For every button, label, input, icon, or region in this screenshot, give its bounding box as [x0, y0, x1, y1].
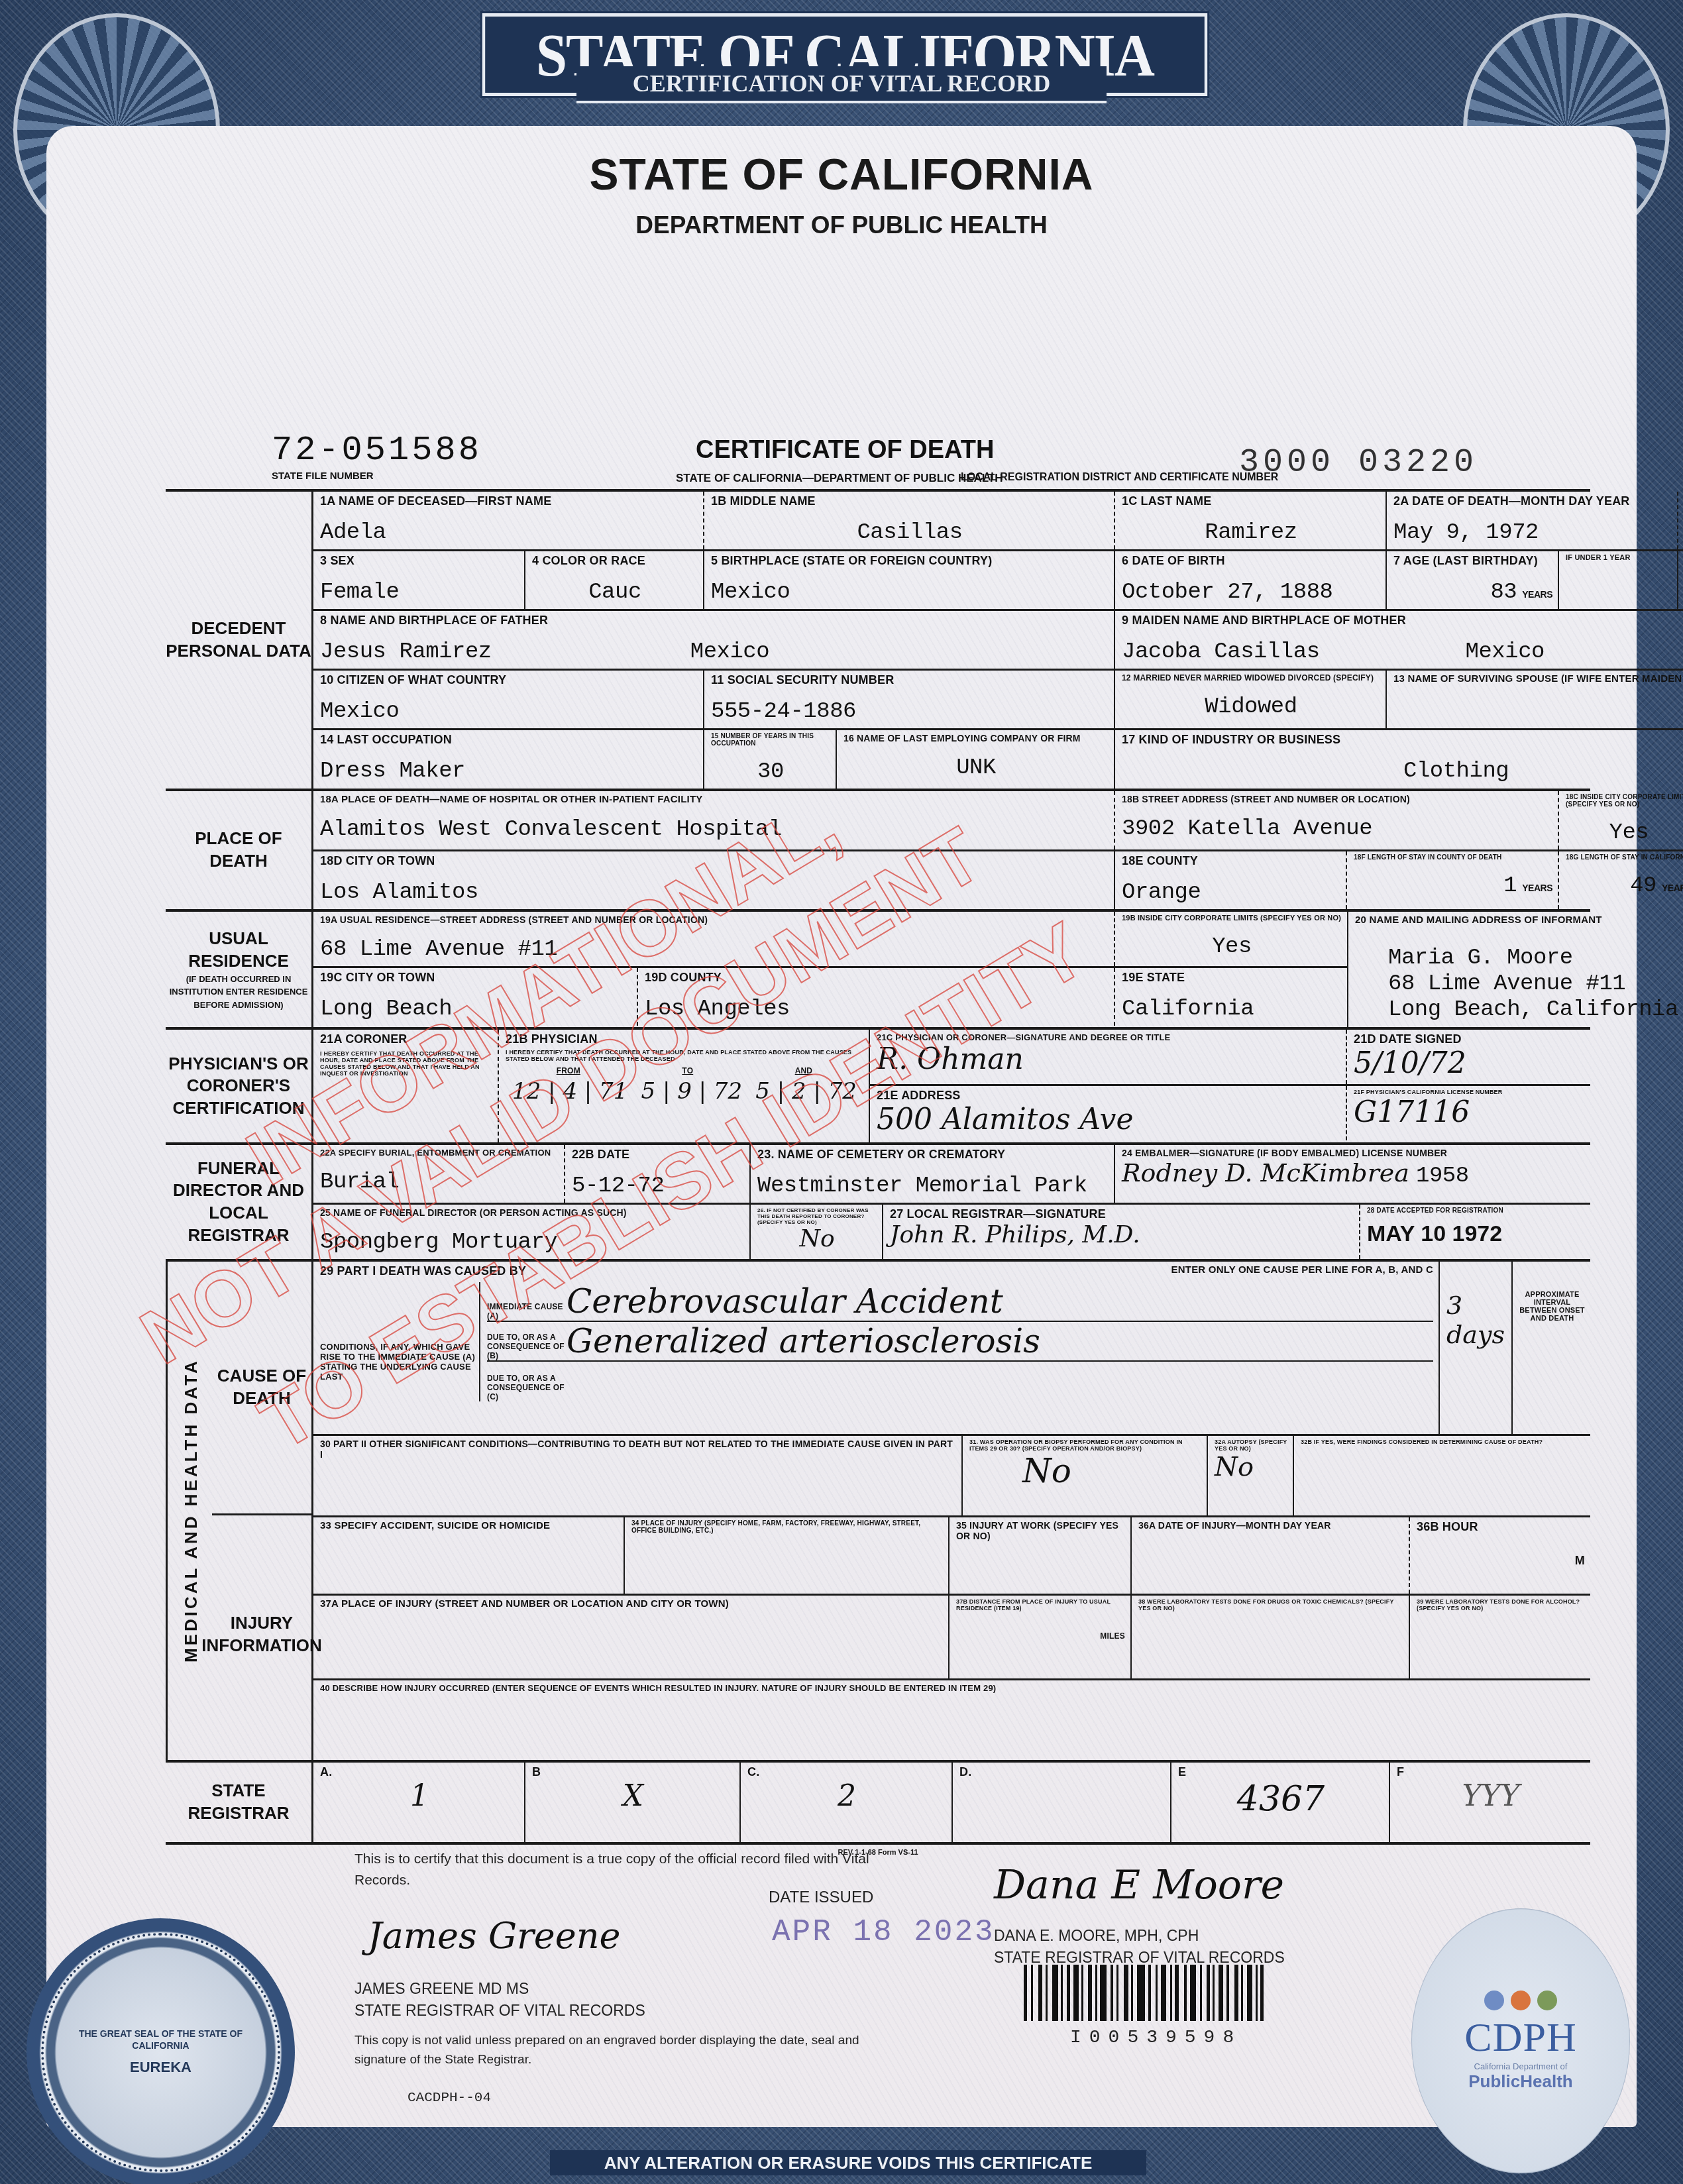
mother-name: Jacoba Casillas: [1122, 639, 1320, 665]
immediate-cause: Cerebrovascular Accident: [567, 1282, 1003, 1321]
interval-onset-death: 3 days: [1446, 1291, 1506, 1349]
field-19a: 19A USUAL RESIDENCE—STREET ADDRESS (STRE…: [313, 912, 1115, 966]
age: 83: [1490, 580, 1517, 605]
field-21c: 21C PHYSICIAN OR CORONER—SIGNATURE AND D…: [870, 1030, 1347, 1084]
place-of-death-street: 3902 Katella Avenue: [1122, 816, 1552, 842]
field-32b: 32B IF YES, WERE FINDINGS CONSIDERED IN …: [1294, 1436, 1590, 1515]
field-19e: 19E STATE California: [1115, 968, 1347, 1026]
field-22a: 22A SPECIFY BURIAL, ENTOMBMENT OR CREMAT…: [313, 1145, 565, 1203]
birthplace: Mexico: [711, 580, 1109, 605]
place-of-death-city: Los Alamitos: [320, 880, 1109, 905]
disposition-date: 5-12-72: [572, 1174, 744, 1199]
field-29-interval: 3 days: [1440, 1262, 1513, 1434]
field-1b: 1B MIDDLE NAME Casillas: [704, 492, 1115, 549]
local-registrar-signature: John R. Philips, M.D.: [890, 1221, 1354, 1248]
bottom-banner: ANY ALTERATION OR ERASURE VOIDS THIS CER…: [550, 2150, 1146, 2175]
physician-address: 500 Alamitos Ave: [877, 1103, 1340, 1136]
logo-figure-orange-icon: [1511, 1991, 1531, 2010]
section-label-funeral: FUNERAL DIRECTOR AND LOCAL REGISTRAR: [166, 1145, 313, 1259]
local-registration-label: LOCAL REGISTRATION DISTRICT AND CERTIFIC…: [961, 472, 1278, 484]
informant-city: Long Beach, California: [1388, 997, 1678, 1023]
years-in-occupation: 30: [711, 759, 830, 785]
section-label-certification: PHYSICIAN'S OR CORONER'S CERTIFICATION: [166, 1030, 313, 1142]
registrar-1-title: STATE REGISTRAR OF VITAL RECORDS: [354, 2000, 645, 2022]
last-occupation: Dress Maker: [320, 759, 698, 784]
field-17: 17 KIND OF INDUSTRY OR BUSINESS Clothing: [1115, 730, 1683, 789]
field-12: 12 MARRIED NEVER MARRIED WIDOWED DIVORCE…: [1115, 671, 1387, 728]
field-29-interval-label: APPROXIMATE INTERVAL BETWEEN ONSET AND D…: [1513, 1262, 1590, 1434]
certificate-title: CERTIFICATE OF DEATH: [696, 436, 994, 464]
field-1a: 1A NAME OF DECEASED—FIRST NAME Adela: [313, 492, 704, 549]
field-8: 8 NAME AND BIRTHPLACE OF FATHER Jesus Ra…: [313, 611, 1115, 669]
field-7: 7 AGE (LAST BIRTHDAY) 83YEARS: [1387, 551, 1559, 609]
residence-inside-city: Yes: [1122, 934, 1342, 959]
field-37b: 37B DISTANCE FROM PLACE OF INJURY TO USU…: [950, 1596, 1132, 1678]
field-34: 34 PLACE OF INJURY (SPECIFY HOME, FARM, …: [625, 1517, 950, 1594]
field-21a: 21A CORONER I HEREBY CERTIFY THAT DEATH …: [313, 1030, 499, 1142]
state-file-number: 72-051588: [272, 431, 482, 470]
inside-city-limits: Yes: [1566, 820, 1683, 846]
residence-state: California: [1122, 997, 1342, 1022]
last-seen: 5 | 2 | 72: [755, 1078, 857, 1105]
race: Cauc: [532, 580, 698, 605]
section-label-place-of-death: PLACE OF DEATH: [166, 791, 313, 909]
autopsy: No: [1215, 1452, 1287, 1482]
first-name: Adela: [320, 520, 698, 545]
informant-street: 68 Lime Avenue #11: [1388, 971, 1678, 997]
form-grid: DECEDENT PERSONAL DATA 1A NAME OF DECEAS…: [166, 489, 1590, 1857]
registrar-2-signature: Dana E Moore: [994, 1862, 1284, 1908]
field-10: 10 CITIZEN OF WHAT COUNTRY Mexico: [313, 671, 704, 728]
border-banner-subtitle: CERTIFICATION OF VITAL RECORD: [576, 66, 1107, 103]
field-18d: 18D CITY OR TOWN Los Alamitos: [313, 851, 1115, 909]
section-label-injury: INJURY INFORMATION: [212, 1515, 311, 1754]
field-33: 33 SPECIFY ACCIDENT, SUICIDE OR HOMICIDE: [313, 1517, 625, 1594]
registrar-box-f: F YYY: [1390, 1763, 1590, 1842]
residence-county: Los Angeles: [645, 997, 1109, 1022]
field-18g: 18G LENGTH OF STAY IN CALIFORNIA 49YEARS: [1559, 851, 1683, 909]
field-19d: 19D COUNTY Los Angeles: [638, 968, 1115, 1026]
certificate-subtitle: STATE OF CALIFORNIA—DEPARTMENT OF PUBLIC…: [676, 472, 1003, 485]
registrar-box-b: B X: [525, 1763, 741, 1842]
field-18a: 18A PLACE OF DEATH—NAME OF HOSPITAL OR O…: [313, 791, 1115, 849]
field-9: 9 MAIDEN NAME AND BIRTHPLACE OF MOTHER J…: [1115, 611, 1683, 669]
section-label-cause: CAUSE OF DEATH: [212, 1262, 311, 1515]
field-16: 16 NAME OF LAST EMPLOYING COMPANY OR FIR…: [837, 730, 1115, 789]
field-18f: 18F LENGTH OF STAY IN COUNTY OF DEATH 1Y…: [1347, 851, 1559, 909]
barcode-number: I00539598: [1070, 2028, 1242, 2048]
section-state-registrar: STATE REGISTRAR A. 1 B X C. 2 D.: [166, 1760, 1590, 1845]
cemetery: Westminster Memorial Park: [757, 1174, 1109, 1199]
registrar-box-e: E 4367: [1171, 1763, 1390, 1842]
underlying-cause: Generalized arteriosclerosis: [567, 1322, 1040, 1360]
industry: Clothing: [1122, 759, 1683, 784]
field-37a: 37A PLACE OF INJURY (STREET AND NUMBER O…: [313, 1596, 950, 1678]
registrar-1-name: JAMES GREENE MD MS: [354, 1978, 645, 2000]
citizenship: Mexico: [320, 699, 698, 724]
informant-name: Maria G. Moore: [1388, 946, 1678, 971]
middle-name: Casillas: [711, 520, 1109, 545]
father-name: Jesus Ramirez: [320, 639, 492, 665]
date-issued-stamp: APR 18 2023: [772, 1915, 995, 1949]
field-13: 13 NAME OF SURVIVING SPOUSE (IF WIFE ENT…: [1387, 671, 1683, 728]
residence-city: Long Beach: [320, 997, 631, 1022]
field-21e: 21E ADDRESS 500 Alamitos Ave: [870, 1086, 1347, 1140]
field-18e: 18E COUNTY Orange: [1115, 851, 1347, 909]
great-seal-of-california: THE GREAT SEAL OF THE STATE OF CALIFORNI…: [27, 1918, 295, 2184]
registrar-2-block: DANA E. MOORE, MPH, CPH STATE REGISTRAR …: [994, 1925, 1285, 1969]
place-of-death-facility: Alamitos West Convalescent Hospital: [320, 817, 1109, 842]
last-employer: UNK: [843, 755, 1109, 781]
field-5: 5 BIRTHPLACE (STATE OR FOREIGN COUNTRY) …: [704, 551, 1115, 609]
attended-to: 5 | 9 | 72: [641, 1078, 742, 1105]
cdph-logo: CDPH California Department of PublicHeal…: [1411, 1908, 1630, 2173]
embalmer-signature: Rodney D. McKimbrea: [1122, 1158, 1409, 1187]
residence-street: 68 Lime Avenue #11: [320, 937, 1109, 962]
field-21f: 21F PHYSICIAN'S CALIFORNIA LICENSE NUMBE…: [1347, 1086, 1590, 1140]
section-funeral: FUNERAL DIRECTOR AND LOCAL REGISTRAR 22A…: [166, 1142, 1590, 1259]
field-4: 4 COLOR OR RACE Cauc: [525, 551, 704, 609]
logo-figure-green-icon: [1537, 1991, 1557, 2010]
registrar-1-signature: James Greene: [368, 1915, 620, 1957]
embalmer-license: 1958: [1416, 1164, 1469, 1189]
section-certification: PHYSICIAN'S OR CORONER'S CERTIFICATION 2…: [166, 1027, 1590, 1142]
reported-to-coroner: No: [757, 1225, 877, 1252]
field-39: 39 WERE LABORATORY TESTS DONE FOR ALCOHO…: [1410, 1596, 1590, 1678]
field-19c: 19C CITY OR TOWN Long Beach: [313, 968, 638, 1026]
date-accepted-stamp: MAY 10 1972: [1367, 1221, 1585, 1247]
header-department: DEPARTMENT OF PUBLIC HEALTH: [0, 211, 1683, 239]
field-6: 6 DATE OF BIRTH October 27, 1888: [1115, 551, 1387, 609]
registrar-2-name: DANA E. MOORE, MPH, CPH: [994, 1925, 1285, 1947]
place-of-death-county: Orange: [1122, 880, 1340, 905]
field-18b: 18B STREET ADDRESS (STREET AND NUMBER OR…: [1115, 791, 1559, 849]
validity-notice: This copy is not valid unless prepared o…: [354, 2031, 904, 2070]
operation-biopsy: No: [969, 1452, 1201, 1490]
logo-figure-blue-icon: [1484, 1991, 1504, 2010]
last-name: Ramirez: [1122, 520, 1380, 545]
field-7-under-24: IF UNDER 24 HOURS: [1678, 551, 1683, 609]
disposition: Burial: [320, 1170, 559, 1195]
barcode: [1024, 1965, 1329, 2021]
section-label-state-registrar: STATE REGISTRAR: [166, 1763, 313, 1842]
section-label-decedent: DECEDENT PERSONAL DATA: [166, 492, 313, 789]
sex: Female: [320, 580, 519, 605]
physician-signature: R. Ohman: [877, 1042, 1340, 1076]
mother-birthplace: Mexico: [1466, 639, 1545, 665]
field-3: 3 SEX Female: [313, 551, 525, 609]
state-file-number-label: STATE FILE NUMBER: [272, 470, 374, 482]
field-2b: 2B HOUR 1:30 A.M: [1678, 492, 1683, 549]
field-11: 11 SOCIAL SECURITY NUMBER 555-24-1886: [704, 671, 1115, 728]
field-23: 23. NAME OF CEMETERY OR CREMATORY Westmi…: [751, 1145, 1115, 1203]
field-27: 27 LOCAL REGISTRAR—SIGNATURE John R. Phi…: [883, 1205, 1360, 1259]
field-2a: 2A DATE OF DEATH—MONTH DAY YEAR May 9, 1…: [1387, 492, 1678, 549]
marital-status: Widowed: [1122, 694, 1380, 720]
field-40: 40 DESCRIBE HOW INJURY OCCURRED (ENTER S…: [313, 1680, 1590, 1760]
registrar-box-c: C. 2: [741, 1763, 953, 1842]
social-security-number: 555-24-1886: [711, 699, 1109, 724]
field-1c: 1C LAST NAME Ramirez: [1115, 492, 1387, 549]
field-21d: 21D DATE SIGNED 5/10/72: [1347, 1030, 1590, 1084]
father-birthplace: Mexico: [690, 639, 769, 665]
date-issued-label: DATE ISSUED: [769, 1888, 873, 1907]
field-20: 20 NAME AND MAILING ADDRESS OF INFORMANT…: [1347, 912, 1683, 1027]
registrar-1-block: JAMES GREENE MD MS STATE REGISTRAR OF VI…: [354, 1978, 645, 2022]
registrar-box-a: A. 1: [313, 1763, 525, 1842]
document-header: STATE OF CALIFORNIA DEPARTMENT OF PUBLIC…: [0, 149, 1683, 239]
field-36a: 36A DATE OF INJURY—MONTH DAY YEAR: [1132, 1517, 1410, 1594]
attended-from: 12 | 4 | 71: [512, 1078, 627, 1105]
form-code: CACDPH--04: [407, 2091, 491, 2106]
date-of-birth: October 27, 1888: [1122, 580, 1380, 605]
field-28: 28 DATE ACCEPTED FOR REGISTRATION MAY 10…: [1360, 1205, 1590, 1259]
field-29: 29 PART I DEATH WAS CAUSED BY ENTER ONLY…: [313, 1262, 1440, 1434]
field-31: 31. WAS OPERATION OR BIOPSY PERFORMED FO…: [963, 1436, 1208, 1515]
date-of-death: May 9, 1972: [1393, 520, 1672, 545]
field-22b: 22B DATE 5-12-72: [565, 1145, 751, 1203]
field-26: 26. IF NOT CERTIFIED BY CORONER WAS THIS…: [751, 1205, 883, 1259]
field-21b: 21B PHYSICIAN I HEREBY CERTIFY THAT DEAT…: [499, 1030, 870, 1142]
field-35: 35 INJURY AT WORK (SPECIFY YES OR NO): [950, 1517, 1132, 1594]
medical-side-label: MEDICAL AND HEALTH DATA: [166, 1262, 214, 1760]
section-medical: MEDICAL AND HEALTH DATA CAUSE OF DEATH I…: [166, 1259, 1590, 1760]
certification-statement: This is to certify that this document is…: [354, 1849, 898, 1890]
section-label-usual-residence: USUAL RESIDENCE (IF DEATH OCCURRED IN IN…: [166, 912, 313, 1027]
field-18c: 18C INSIDE CITY CORPORATE LIMITS (SPECIF…: [1559, 791, 1683, 849]
field-24: 24 EMBALMER—SIGNATURE (IF BODY EMBALMED)…: [1115, 1145, 1590, 1203]
field-14: 14 LAST OCCUPATION Dress Maker: [313, 730, 704, 789]
field-38: 38 WERE LABORATORY TESTS DONE FOR DRUGS …: [1132, 1596, 1410, 1678]
funeral-director: Spongberg Mortuary: [320, 1230, 744, 1255]
field-7-under-year: IF UNDER 1 YEAR: [1559, 551, 1678, 609]
field-30: 30 PART II OTHER SIGNIFICANT CONDITIONS—…: [313, 1436, 963, 1515]
field-15: 15 NUMBER OF YEARS IN THIS OCCUPATION 30: [704, 730, 837, 789]
section-usual-residence: USUAL RESIDENCE (IF DEATH OCCURRED IN IN…: [166, 909, 1590, 1027]
physician-license: G17116: [1354, 1095, 1585, 1129]
date-signed: 5/10/72: [1354, 1046, 1585, 1080]
registrar-box-d: D.: [953, 1763, 1171, 1842]
section-place-of-death: PLACE OF DEATH 18A PLACE OF DEATH—NAME O…: [166, 789, 1590, 909]
field-36b: 36B HOUR M: [1410, 1517, 1590, 1594]
field-19b: 19B INSIDE CITY CORPORATE LIMITS (SPECIF…: [1115, 912, 1347, 966]
field-32a: 32A AUTOPSY (SPECIFY YES OR NO) No: [1208, 1436, 1294, 1515]
local-registration-number: 3000 03220: [1239, 444, 1478, 482]
section-decedent: DECEDENT PERSONAL DATA 1A NAME OF DECEAS…: [166, 489, 1590, 789]
field-25: 25 NAME OF FUNERAL DIRECTOR (OR PERSON A…: [313, 1205, 751, 1259]
header-title: STATE OF CALIFORNIA: [0, 149, 1683, 199]
